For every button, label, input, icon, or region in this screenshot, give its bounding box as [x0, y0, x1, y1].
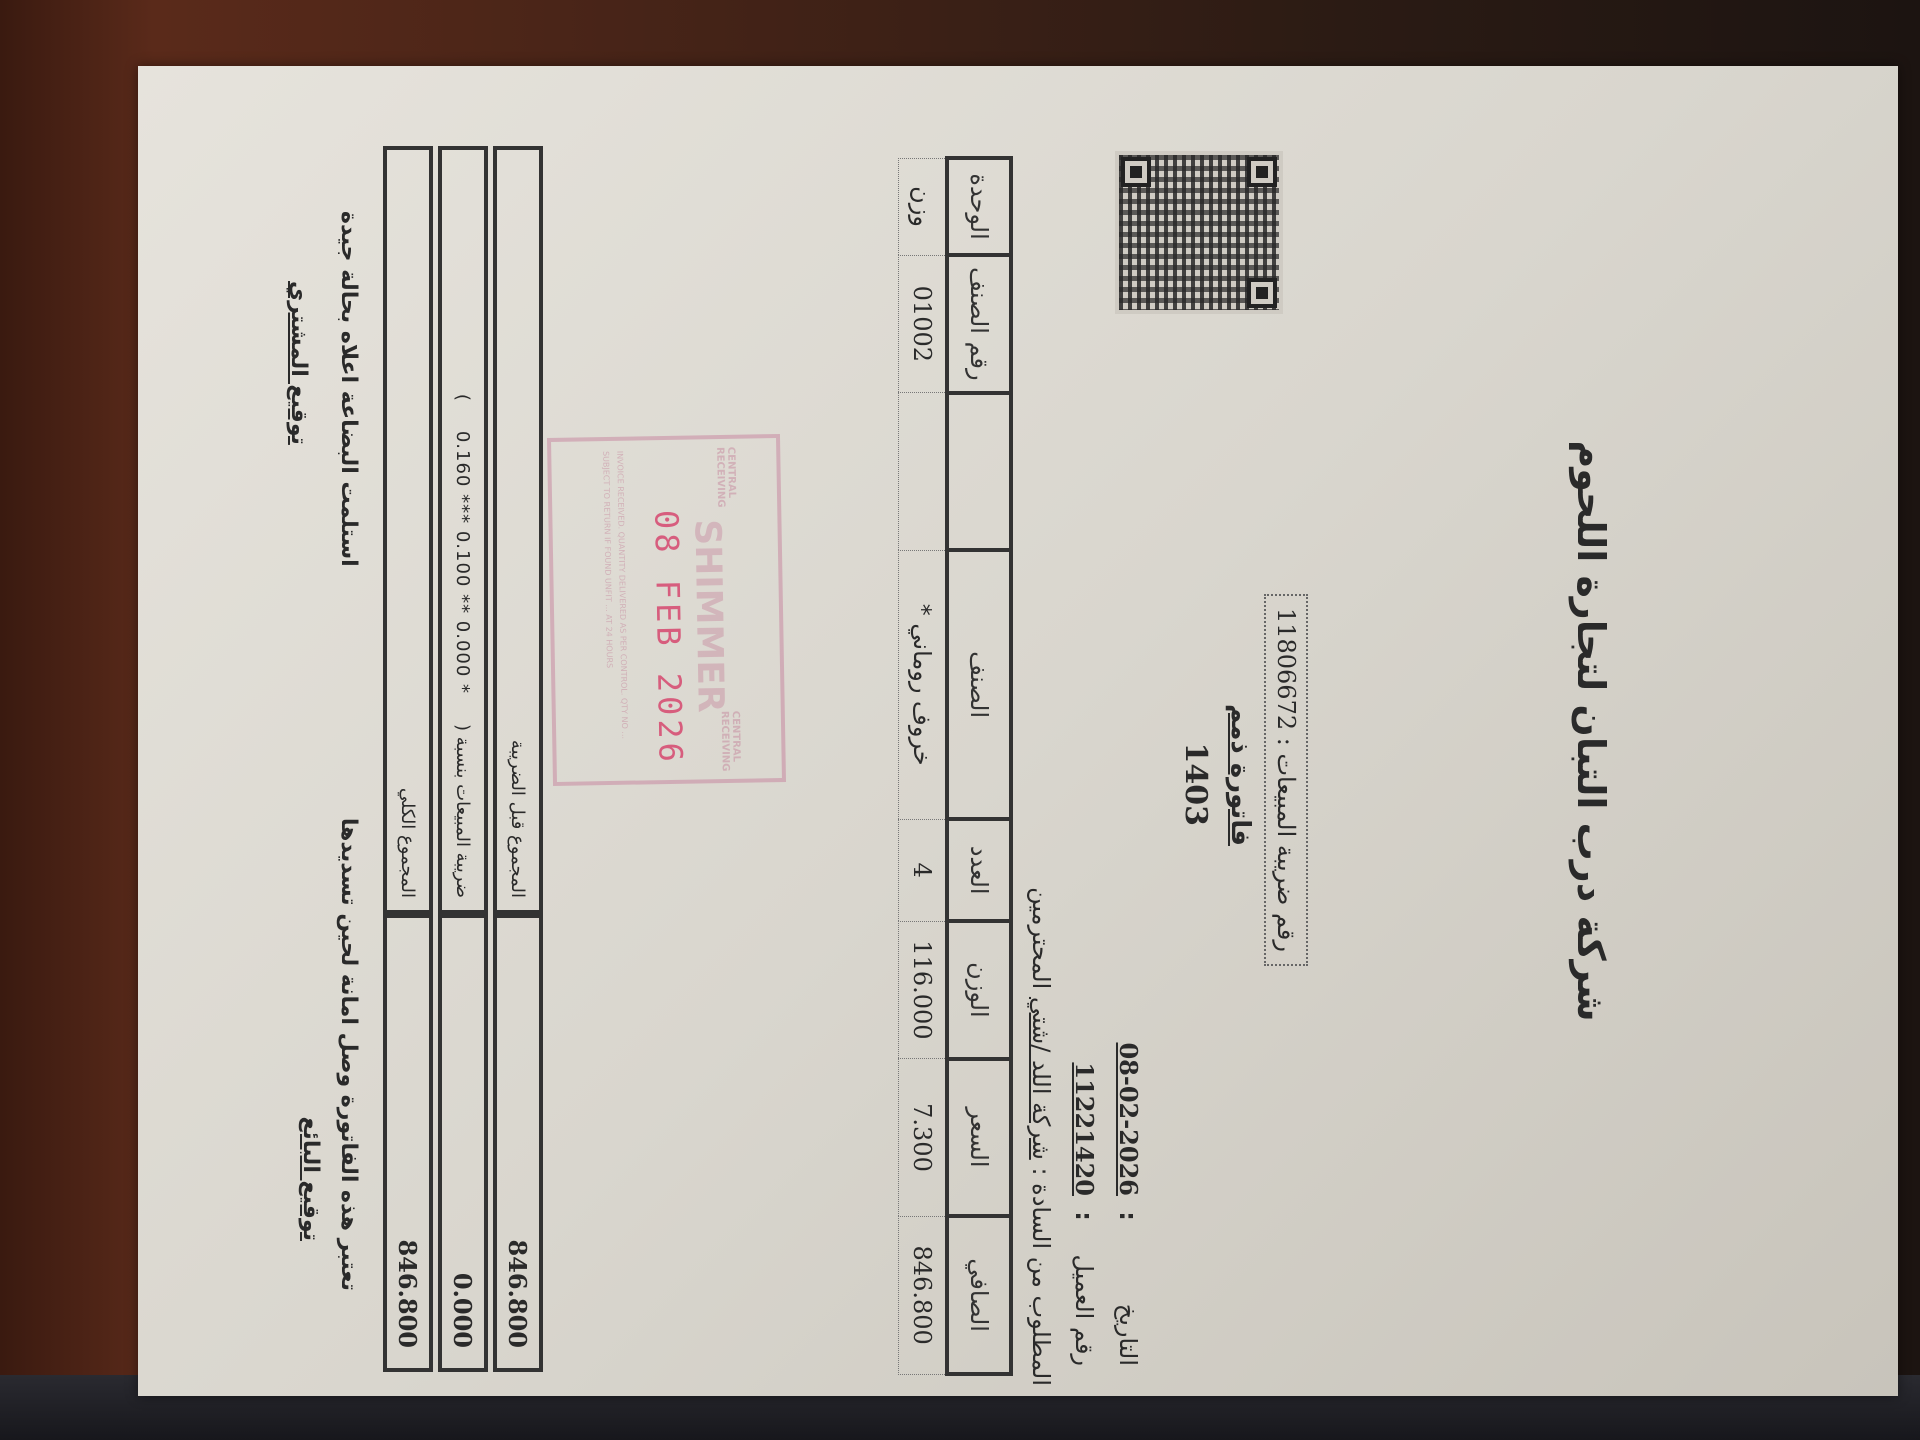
stamp-dept-left: CENTRAL RECEIVING	[714, 447, 737, 507]
honorific: المحترمين	[1027, 887, 1055, 989]
separator: :	[1070, 1196, 1098, 1236]
tax-value: 0.000	[438, 914, 488, 1372]
tax-close: )	[453, 394, 474, 401]
item-description: خروف روماني	[908, 623, 936, 765]
qr-finder-icon	[1247, 278, 1277, 308]
qr-finder-icon	[1247, 157, 1277, 187]
subtotal-value: 846.800	[493, 914, 543, 1372]
date-row: التاريخ : 08-02-2026	[1099, 1042, 1143, 1366]
totals-section: 846.800 المجموع قبل الضريبة 0.000 ضريبة …	[378, 146, 543, 1376]
invoice-page: شركة درب التبان لتجارة اللحوم رقم ضريبة …	[0, 66, 1703, 1396]
separator: :	[1114, 1196, 1142, 1236]
tax-row: 0.000 ضريبة المبيعات بنسبة ( 0.160 *** 0…	[438, 146, 488, 1376]
cell-unit: وزن	[899, 158, 948, 255]
trust-note: تعتبر هذه الفاتورة وصل امانة لحين تسديده…	[336, 818, 361, 1291]
items-header-row: الصافي السعر الوزن العدد الصنف رقم الصنف…	[947, 158, 1011, 1374]
invoice-meta: التاريخ : 08-02-2026 رقم العميل : 112214…	[1055, 1042, 1143, 1366]
subtotal-row: 846.800 المجموع قبل الضريبة	[493, 146, 543, 1376]
date-value: 08-02-2026	[1114, 1042, 1143, 1196]
sales-tax-value: 11806672	[1272, 608, 1300, 730]
cell-description: خروف روماني *	[899, 550, 948, 819]
header-blank	[947, 393, 1011, 551]
header-count: العدد	[947, 819, 1011, 921]
header-item-code: رقم الصنف	[947, 255, 1011, 392]
cell-net: 846.800	[899, 1216, 948, 1374]
cell-count: 4	[899, 819, 948, 921]
tax-label: ضريبة المبيعات بنسبة (	[453, 724, 474, 898]
sales-tax-number-box: رقم ضريبة المبيعات : 11806672	[1264, 594, 1308, 966]
date-label: التاريخ	[1114, 1236, 1142, 1366]
grand-total-value: 846.800	[383, 914, 433, 1372]
company-name: شركة درب التبان لتجارة اللحوم	[1569, 66, 1613, 1396]
header-item: الصنف	[947, 550, 1011, 819]
sales-tax-label: رقم ضريبة المبيعات :	[1272, 738, 1300, 952]
stamp-fine-print: INVOICE RECEIVED. QUANTITY DELIVERED AS …	[598, 451, 632, 771]
header-weight: الوزن	[947, 921, 1011, 1058]
tax-rates: 0.160 *** 0.100 ** 0.000 *	[453, 431, 474, 694]
cell-blank	[899, 393, 948, 551]
stamp-date: 08 FEB 2026	[647, 510, 689, 767]
grand-total-label: المجموع الكلي	[383, 146, 433, 914]
item-marker: *	[908, 604, 936, 616]
receiving-stamp: CENTRAL RECEIVING CENTRAL RECEIVING SHIM…	[547, 434, 786, 786]
cell-item-code: 01002	[899, 255, 948, 392]
seller-signature: توقيع البائع	[298, 1117, 323, 1241]
stamp-brand: SHIMMER	[686, 519, 730, 713]
requested-from-label: المطلوب من السادة :	[1027, 1167, 1055, 1386]
grand-total-row: 846.800 المجموع الكلي	[383, 146, 433, 1376]
invoice-number: 1403	[1178, 743, 1213, 827]
table-row: 846.800 7.300 116.000 4 خروف روماني * 01…	[899, 158, 948, 1374]
subtotal-label: المجموع قبل الضريبة	[493, 146, 543, 914]
invoice-type: فاتورة ذمم	[1225, 704, 1255, 846]
customer-number-row: رقم العميل : 11221420	[1055, 1042, 1099, 1366]
qr-finder-icon	[1121, 157, 1151, 187]
invoice-paper: شركة درب التبان لتجارة اللحوم رقم ضريبة …	[138, 66, 1898, 1396]
header-unit: الوحدة	[947, 158, 1011, 255]
customer-number-value: 11221420	[1070, 1062, 1099, 1196]
requested-from-row: المطلوب من السادة : شركة اللد /شتي المحت…	[1027, 887, 1055, 1386]
tax-label-cell: ضريبة المبيعات بنسبة ( 0.160 *** 0.100 *…	[438, 146, 488, 914]
header-net: الصافي	[947, 1216, 1011, 1374]
customer-number-label: رقم العميل	[1070, 1236, 1098, 1366]
stamp-dept-right: CENTRAL RECEIVING	[719, 711, 742, 771]
qr-code-icon	[1115, 151, 1283, 314]
header-price: السعر	[947, 1059, 1011, 1217]
items-table: الصافي السعر الوزن العدد الصنف رقم الصنف…	[898, 156, 1013, 1376]
cell-weight: 116.000	[899, 921, 948, 1058]
cell-price: 7.300	[899, 1059, 948, 1217]
received-note: استلمت البضاعة اعلاه بحالة جيدة	[336, 211, 361, 567]
buyer-signature: توقيع المشتري	[286, 281, 311, 445]
client-name: شركة اللد /شتي	[1027, 997, 1055, 1160]
